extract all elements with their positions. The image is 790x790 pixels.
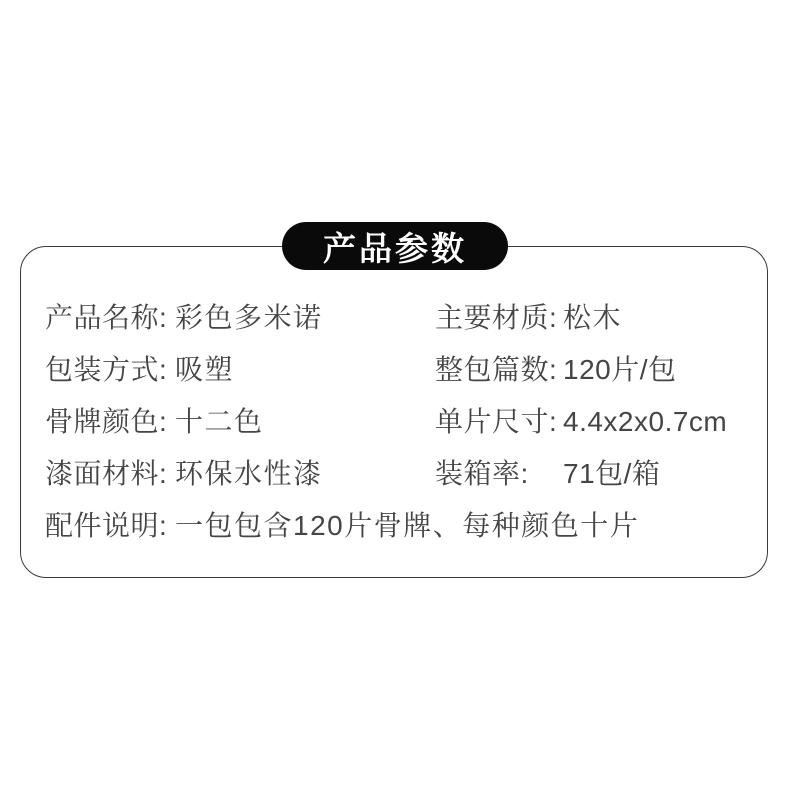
section-title-badge: 产品参数 [282,222,508,270]
spec-cell-packaging: 包装方式: 吸塑 [45,348,435,388]
spec-label: 配件说明: [45,504,175,544]
product-parameters-page: 产品参数 产品名称: 彩色多米诺 主要材质: 松木 包装方式: 吸塑 [0,0,790,790]
spec-value: 十二色 [175,400,264,440]
spec-row-product-name-material: 产品名称: 彩色多米诺 主要材质: 松木 [45,290,761,342]
spec-value: 吸塑 [175,348,234,388]
spec-row-color-size: 骨牌颜色: 十二色 单片尺寸: 4.4x2x0.7cm [45,394,761,446]
spec-row-accessories: 配件说明: 一包包含120片骨牌、每种颜色十片 [45,498,761,550]
spec-cell-pieces-per-pack: 整包篇数: 120片/包 [435,348,677,388]
spec-rows: 产品名称: 彩色多米诺 主要材质: 松木 包装方式: 吸塑 整包篇数: 120片… [45,290,761,550]
spec-label: 整包篇数: [435,348,563,388]
spec-cell-paint-material: 漆面材料: 环保水性漆 [45,452,435,492]
spec-cell-main-material: 主要材质: 松木 [435,296,622,336]
spec-label: 漆面材料: [45,452,175,492]
spec-label: 骨牌颜色: [45,400,175,440]
spec-value: 120片/包 [563,348,677,388]
spec-cell-accessories: 配件说明: 一包包含120片骨牌、每种颜色十片 [45,504,639,544]
spec-row-packaging-pack-count: 包装方式: 吸塑 整包篇数: 120片/包 [45,342,761,394]
spec-value: 一包包含120片骨牌、每种颜色十片 [175,504,639,544]
spec-label: 装箱率: [435,452,563,492]
spec-label: 产品名称: [45,296,175,336]
spec-value: 环保水性漆 [175,452,323,492]
spec-label: 主要材质: [435,296,563,336]
spec-label: 单片尺寸: [435,400,563,440]
spec-value: 71包/箱 [563,452,660,492]
spec-row-paint-carton: 漆面材料: 环保水性漆 装箱率: 71包/箱 [45,446,761,498]
spec-label: 包装方式: [45,348,175,388]
spec-value: 4.4x2x0.7cm [563,406,727,438]
spec-card: 产品名称: 彩色多米诺 主要材质: 松木 包装方式: 吸塑 整包篇数: 120片… [20,246,768,578]
spec-cell-tile-colors: 骨牌颜色: 十二色 [45,400,435,440]
spec-value: 松木 [563,296,622,336]
spec-cell-piece-size: 单片尺寸: 4.4x2x0.7cm [435,400,727,440]
spec-cell-product-name: 产品名称: 彩色多米诺 [45,296,435,336]
spec-value: 彩色多米诺 [175,296,323,336]
section-title: 产品参数 [323,223,467,270]
spec-cell-packs-per-carton: 装箱率: 71包/箱 [435,452,660,492]
